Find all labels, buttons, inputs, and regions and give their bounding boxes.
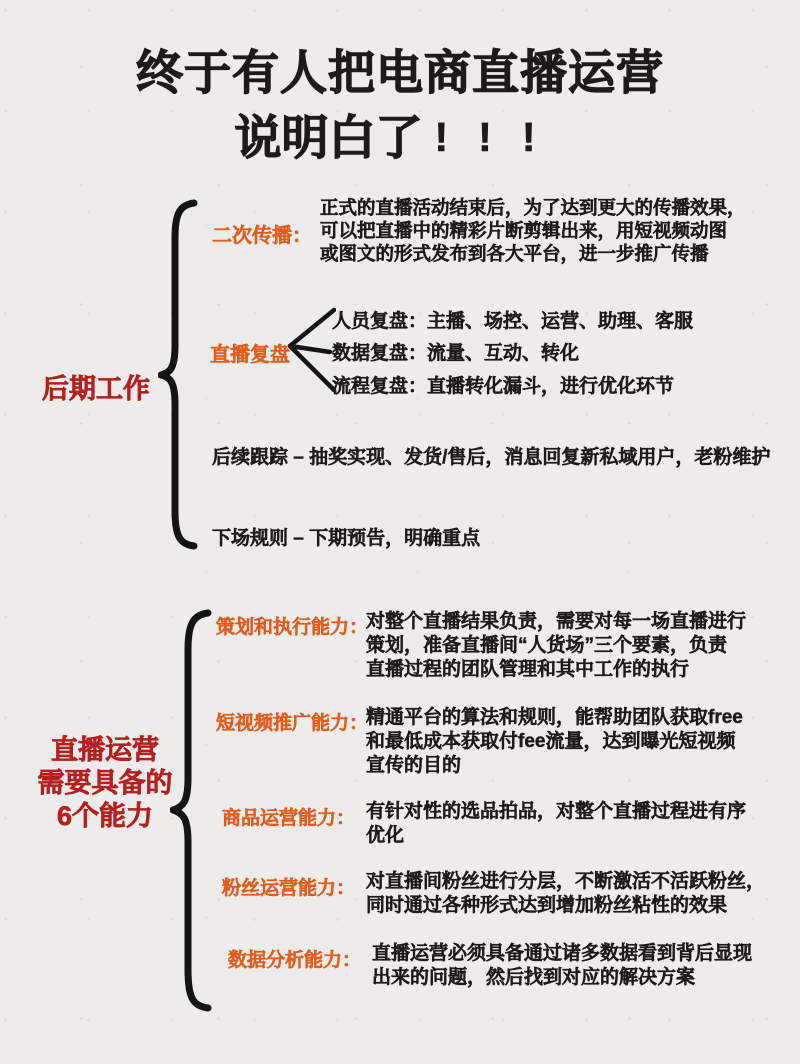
ability-planning-label: 策划和执行能力： [216,612,368,639]
ability-data-analysis-text: 直播运营必须具备通过诸多数据看到背后显现 出来的问题，然后找到对应的解决方案 [372,942,752,990]
follow-up-item: 后续跟踪 – 抽奖实现、发货/售后，消息回复新私域用户，老粉维护 [212,442,770,469]
section-abilities-label: 直播运营 需要具备的 6个能力 [20,734,190,833]
next-rules-item: 下场规则 – 下期预告，明确重点 [212,523,480,550]
infographic-poster: 终于有人把电商直播运营 说明白了!!! 后期工作 二次传播： 正式的直播活动结束… [0,0,800,1064]
ability-short-video-text: 精通平台的算法和规则，能帮助团队获取free 和最低成本获取付fee流量，达到曝… [366,706,743,778]
secondary-spread-label: 二次传播： [212,219,312,248]
ability-fans-text: 对直播间粉丝进行分层，不断激活不活跃粉丝， 同时通过各种形式达到增加粉丝粘性的效… [366,870,765,918]
secondary-spread-text: 正式的直播活动结束后，为了达到更大的传播效果， 可以把直播中的精彩片断剪辑出来，… [320,196,746,265]
ability-product-text: 有针对性的选品拍品，对整个直播过程进有序 优化 [366,800,746,848]
review-branch-people: 人员复盘：主播、场控、运营、助理、客服 [332,306,693,333]
page-title-line2-text: 说明白了 [235,111,423,164]
ability-planning-text: 对整个直播结果负责，需要对每一场直播进行 策划，准备直播间“人货场”三个要素，负… [366,610,746,682]
branch-lines-icon [286,302,336,394]
ability-data-analysis-label: 数据分析能力： [228,945,361,972]
live-review-label: 直播复盘 [210,338,290,367]
curly-brace-post-work [158,198,198,550]
review-branch-data: 数据复盘：流量、互动、转化 [332,338,579,365]
ability-fans-label: 粉丝运营能力： [222,873,355,900]
review-branch-process: 流程复盘：直播转化漏斗，进行优化环节 [332,371,674,398]
exclamation-marks: !!! [435,114,566,160]
page-title-line1: 终于有人把电商直播运营 [0,36,800,103]
page-title-line2: 说明白了!!! [0,101,800,168]
curly-brace-abilities [170,608,212,1012]
section-post-work-label: 后期工作 [36,367,156,406]
ability-short-video-label: 短视频推广能力： [216,708,368,735]
ability-product-label: 商品运营能力： [222,803,355,830]
